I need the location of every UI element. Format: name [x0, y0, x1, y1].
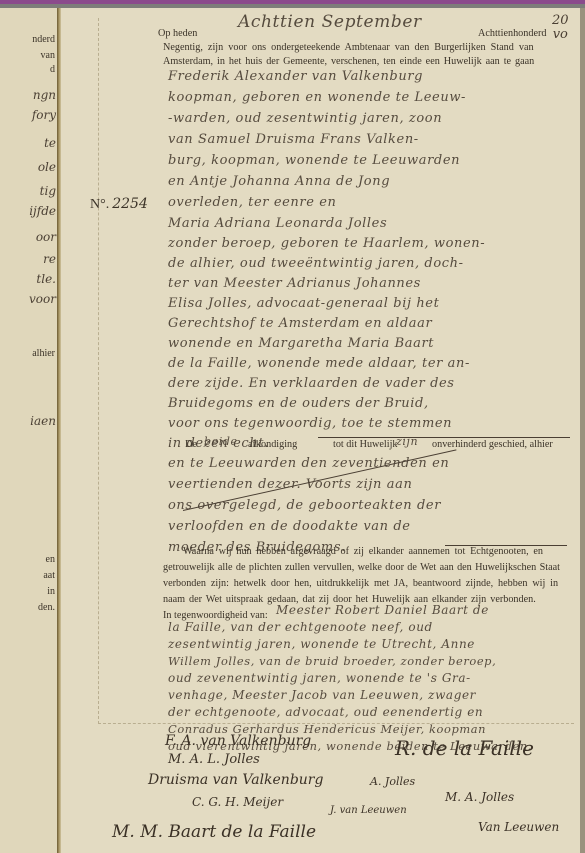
- left-hand-fragment: ijfde: [29, 204, 56, 218]
- previous-page-fragment: nderd van d ngn fory te ole tig ijfde oo…: [0, 8, 58, 853]
- left-printed-fragment: in: [47, 586, 55, 597]
- printed-tot-dit-huwelijk: tot dit Huwelijk: [333, 437, 398, 453]
- bride-line: zonder beroep, geboren te Haarlem, wonen…: [168, 233, 485, 254]
- akte-number-label: N°.: [90, 197, 109, 212]
- handwritten-beide: beide: [204, 431, 238, 452]
- bride-line: de la Faille, wonende mede aldaar, ter a…: [168, 353, 470, 374]
- left-hand-fragment: re: [43, 252, 56, 266]
- groom-line: overleden, ter eenre en: [168, 192, 337, 213]
- filler-line: [318, 437, 570, 438]
- groom-line: -warden, oud zesentwintig jaren, zoon: [168, 108, 442, 129]
- closing-line: getrouwelijk alle de plichten zullen ver…: [163, 560, 560, 576]
- bride-line: Maria Adriana Leonarda Jolles: [168, 213, 387, 234]
- signature: J. van Leeuwen: [330, 805, 407, 816]
- left-printed-fragment: en: [46, 554, 55, 565]
- left-printed-fragment: van: [41, 50, 55, 61]
- groom-line: koopman, geboren en wonende te Leeuw-: [168, 87, 466, 108]
- left-hand-fragment: ngn: [33, 88, 56, 102]
- folio-side: vo: [552, 28, 569, 42]
- printed-de: De: [185, 437, 197, 453]
- left-printed-fragment: alhier: [32, 348, 55, 359]
- handwritten-date: Achttien September: [238, 12, 422, 33]
- signature: C. G. H. Meijer: [192, 795, 283, 809]
- proclamation-line: ons overgelegd, de geboorteakten der: [168, 495, 441, 516]
- bride-line: ter van Meester Adrianus Johannes: [168, 273, 421, 294]
- groom-line: Frederik Alexander van Valkenburg: [168, 66, 423, 87]
- printed-afkondiging: afkondiging: [248, 437, 297, 453]
- signature: M. A. L. Jolles: [168, 752, 260, 767]
- akte-number: N°.2254: [90, 196, 148, 213]
- signature: Druisma van Valkenburg: [148, 772, 323, 788]
- signature: Van Leeuwen: [478, 820, 559, 834]
- signature: R. de la Faille: [395, 736, 534, 760]
- left-hand-fragment: voor: [29, 292, 56, 306]
- handwritten-zijn: zijn: [396, 431, 418, 452]
- left-hand-fragment: te: [44, 136, 56, 150]
- bride-line: de alhier, oud tweeëntwintig jaren, doch…: [168, 253, 464, 274]
- bride-line: wonende en Margaretha Maria Baart: [168, 333, 434, 354]
- left-printed-fragment: nderd: [32, 34, 55, 45]
- left-hand-fragment: tig: [40, 184, 56, 198]
- closing-line: verbonden zijn: hetwelk door hen, uitdru…: [163, 576, 558, 592]
- proclamation-line: en te Leeuwarden den zeventienden en: [168, 453, 449, 474]
- signature: A. Jolles: [370, 775, 415, 788]
- groom-line: burg, koopman, wonende te Leeuwarden: [168, 150, 460, 171]
- left-hand-fragment: fory: [32, 108, 56, 122]
- signature: M. A. Jolles: [445, 790, 514, 804]
- akte-number-value: 2254: [112, 196, 148, 212]
- signature: M. M. Baart de la Faille: [112, 822, 316, 842]
- left-hand-fragment: ole: [38, 160, 56, 174]
- left-printed-fragment: aat: [43, 570, 55, 581]
- closing-line: Waarna wij hun hebben afgevraagd of zij …: [183, 544, 543, 560]
- bride-line: Elisa Jolles, advocaat-generaal bij het: [168, 293, 439, 314]
- left-hand-fragment: iaen: [30, 414, 56, 428]
- bride-line: dere zijde. En verklaarden de vader des: [168, 373, 455, 394]
- groom-line: en Antje Johanna Anna de Jong: [168, 171, 390, 192]
- groom-line: van Samuel Druisma Frans Valken-: [168, 129, 419, 150]
- left-hand-fragment: tle.: [36, 272, 56, 286]
- folio-number: 20 vo: [552, 14, 569, 42]
- page-edge: [580, 8, 585, 853]
- folio-page: 20: [552, 14, 569, 28]
- proclamation-line: verloofden en de doodakte van de: [168, 516, 411, 537]
- left-printed-fragment: d: [50, 64, 55, 75]
- bride-line: Gerechtshof te Amsterdam en aldaar: [168, 313, 432, 334]
- signature: F. A. van Valkenburg: [165, 733, 311, 749]
- left-hand-fragment: oor: [36, 230, 56, 244]
- left-printed-fragment: den.: [38, 602, 55, 613]
- bride-line: Bruidegoms en de ouders der Bruid,: [168, 393, 429, 414]
